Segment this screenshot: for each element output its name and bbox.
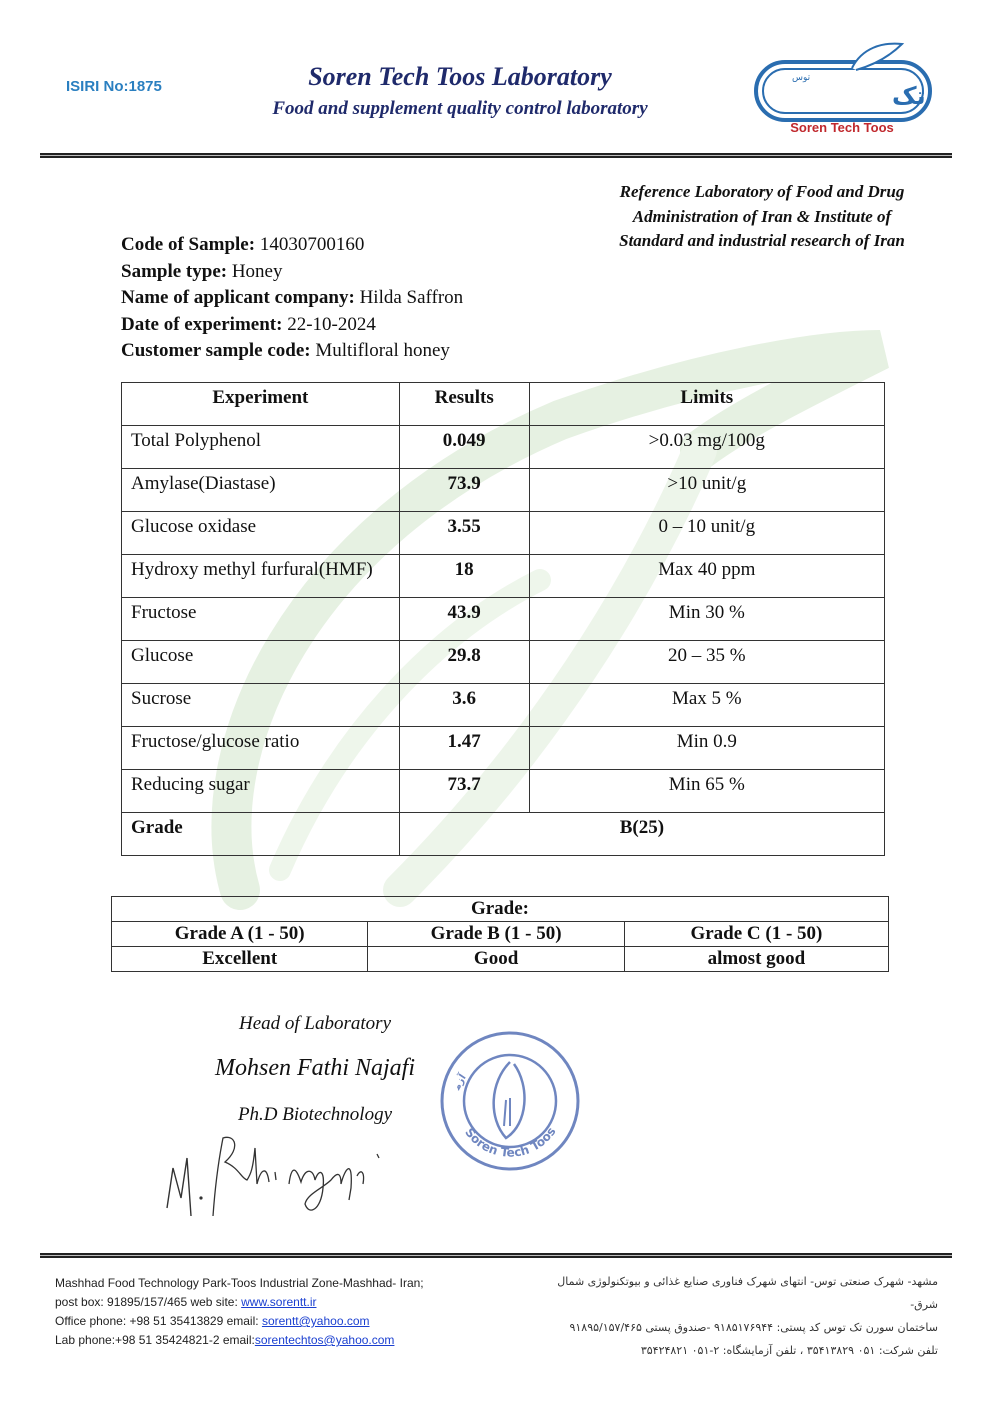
- experiment-cell: Glucose oxidase: [122, 512, 400, 555]
- grade-c-meaning: almost good: [624, 947, 888, 972]
- grade-c-name: Grade C (1 - 50): [624, 922, 888, 947]
- results-table: Experiment Results Limits Total Polyphen…: [121, 382, 885, 856]
- table-row: Total Polyphenol0.049>0.03 mg/100g: [122, 426, 885, 469]
- reference-line: Standard and industrial research of Iran: [596, 229, 928, 254]
- column-header-experiment: Experiment: [122, 383, 400, 426]
- handwritten-signature-icon: [155, 1128, 395, 1224]
- limit-cell: >10 unit/g: [529, 469, 884, 512]
- result-cell: 43.9: [399, 598, 529, 641]
- limit-cell: Max 5 %: [529, 684, 884, 727]
- result-cell: 73.9: [399, 469, 529, 512]
- result-cell: 3.55: [399, 512, 529, 555]
- reference-line: Reference Laboratory of Food and Drug: [596, 180, 928, 205]
- experiment-cell: Total Polyphenol: [122, 426, 400, 469]
- svg-text:آزمایشگاه سورن تک توس: آزمایشگاه سورن تک توس: [438, 1028, 469, 1093]
- grade-legend-table: Grade: Grade A (1 - 50) Grade B (1 - 50)…: [111, 896, 889, 972]
- lab-email-link[interactable]: sorentechtos@yahoo.com: [255, 1333, 395, 1347]
- experiment-cell: Sucrose: [122, 684, 400, 727]
- grade-b-meaning: Good: [368, 947, 624, 972]
- limit-cell: >0.03 mg/100g: [529, 426, 884, 469]
- result-cell: 1.47: [399, 727, 529, 770]
- signatory-name: Mohsen Fathi Najafi: [150, 1055, 480, 1082]
- table-row: Sucrose3.6Max 5 %: [122, 684, 885, 727]
- grade-a-meaning: Excellent: [112, 947, 368, 972]
- svg-text:توس: توس: [792, 73, 811, 83]
- limit-cell: Min 0.9: [529, 727, 884, 770]
- footer-address: Mashhad Food Technology Park-Toos Indust…: [55, 1274, 424, 1293]
- table-row: Glucose oxidase3.550 – 10 unit/g: [122, 512, 885, 555]
- sample-type: Sample type: Honey: [121, 259, 463, 286]
- signatory-degree: Ph.D Biotechnology: [150, 1104, 480, 1126]
- column-header-limits: Limits: [529, 383, 884, 426]
- table-row: Hydroxy methyl furfural(HMF)18Max 40 ppm: [122, 555, 885, 598]
- table-row: Fructose43.9Min 30 %: [122, 598, 885, 641]
- result-cell: 3.6: [399, 684, 529, 727]
- experiment-cell: Fructose: [122, 598, 400, 641]
- result-cell: 29.8: [399, 641, 529, 684]
- customer-sample-code: Customer sample code: Multifloral honey: [121, 338, 463, 365]
- footer-persian-address: مشهد- شهرک صنعتی توس- انتهای شهرک فناوری…: [530, 1270, 938, 1362]
- limit-cell: Max 40 ppm: [529, 555, 884, 598]
- logo-caption: Soren Tech Toos: [752, 120, 932, 135]
- svg-text:سورن تک: سورن تک: [892, 82, 934, 110]
- experiment-cell: Fructose/glucose ratio: [122, 727, 400, 770]
- column-header-results: Results: [399, 383, 529, 426]
- signatory-role: Head of Laboratory: [150, 1013, 480, 1035]
- lab-stamp-icon: Soren Tech Toos آزمایشگاه سورن تک توس: [438, 1028, 582, 1174]
- reference-line: Administration of Iran & Institute of: [596, 205, 928, 230]
- sample-code: Code of Sample: 14030700160: [121, 232, 463, 259]
- table-row: Amylase(Diastase)73.9>10 unit/g: [122, 469, 885, 512]
- footer-office: Office phone: +98 51 35413829 email: sor…: [55, 1312, 424, 1331]
- footer-persian-line: ساختمان سورن تک توس کد پستی: ۹۱۸۵۱۷۶۹۴۴ …: [530, 1316, 938, 1339]
- result-cell: 0.049: [399, 426, 529, 469]
- footer-divider: [40, 1253, 952, 1258]
- experiment-cell: Reducing sugar: [122, 770, 400, 813]
- table-row: Fructose/glucose ratio1.47Min 0.9: [122, 727, 885, 770]
- experiment-date: Date of experiment: 22-10-2024: [121, 312, 463, 339]
- footer-persian-line: تلفن شرکت: ۰۵۱ ۳۵۴۱۳۸۲۹ ، تلفن آزمایشگاه…: [530, 1339, 938, 1362]
- sample-info: Code of Sample: 14030700160 Sample type:…: [121, 232, 463, 365]
- footer-postbox: post box: 91895/157/465 web site: www.so…: [55, 1293, 424, 1312]
- table-row: Glucose29.820 – 35 %: [122, 641, 885, 684]
- experiment-cell: Hydroxy methyl furfural(HMF): [122, 555, 400, 598]
- header-divider: [40, 153, 952, 158]
- limit-cell: 0 – 10 unit/g: [529, 512, 884, 555]
- grade-b-name: Grade B (1 - 50): [368, 922, 624, 947]
- table-row: Reducing sugar73.7Min 65 %: [122, 770, 885, 813]
- applicant-company: Name of applicant company: Hilda Saffron: [121, 285, 463, 312]
- grade-legend-title: Grade:: [112, 897, 889, 922]
- limit-cell: Min 65 %: [529, 770, 884, 813]
- grade-a-name: Grade A (1 - 50): [112, 922, 368, 947]
- grade-label: Grade: [122, 813, 400, 856]
- grade-row: Grade B(25): [122, 813, 885, 856]
- experiment-cell: Amylase(Diastase): [122, 469, 400, 512]
- reference-statement: Reference Laboratory of Food and Drug Ad…: [596, 180, 928, 254]
- grade-value: B(25): [399, 813, 884, 856]
- office-email-link[interactable]: sorentt@yahoo.com: [262, 1314, 370, 1328]
- footer-contact: Mashhad Food Technology Park-Toos Indust…: [55, 1274, 424, 1350]
- table-header-row: Experiment Results Limits: [122, 383, 885, 426]
- experiment-cell: Glucose: [122, 641, 400, 684]
- footer-lab: Lab phone:+98 51 35424821-2 email:sorent…: [55, 1331, 424, 1350]
- limit-cell: Min 30 %: [529, 598, 884, 641]
- limit-cell: 20 – 35 %: [529, 641, 884, 684]
- result-cell: 73.7: [399, 770, 529, 813]
- result-cell: 18: [399, 555, 529, 598]
- svg-text:Soren Tech Toos: Soren Tech Toos: [462, 1125, 558, 1160]
- website-link[interactable]: www.sorentt.ir: [241, 1295, 316, 1309]
- footer-persian-line: مشهد- شهرک صنعتی توس- انتهای شهرک فناوری…: [530, 1270, 938, 1316]
